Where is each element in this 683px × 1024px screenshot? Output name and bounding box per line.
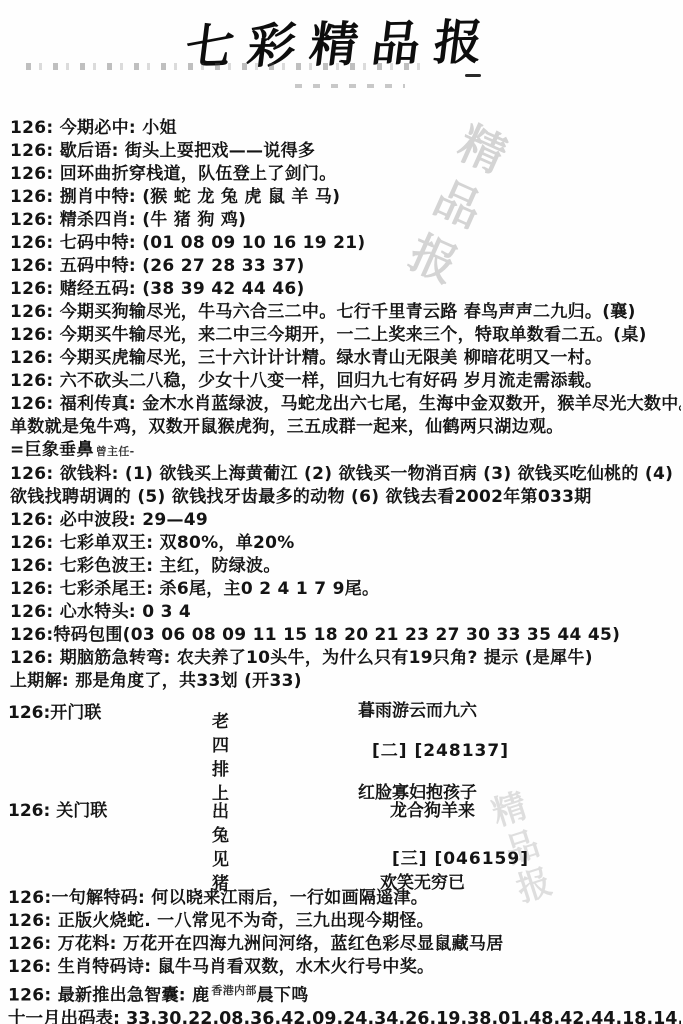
report-line: 126: 期脑筋急转弯: 农夫养了10头牛，为什么只有19只角? 提示 (是犀牛… bbox=[10, 647, 681, 670]
report-line: 126:一句解特码: 何以晓来江雨后，一行如画隔遥津。 bbox=[8, 887, 681, 910]
smart-lead: 126: 最新推出急智囊: 鹿 bbox=[8, 986, 209, 1006]
elephant-text: =巨象垂鼻 bbox=[10, 440, 94, 460]
report-line: 126: 正版火烧蛇. 一八常见不为奇，三九出现今期怪。 bbox=[8, 910, 681, 933]
smart-tail: 晨下鸣 bbox=[257, 986, 309, 1006]
report-line: 126: 万花料: 万花开在四海九洲问河络，蓝红色彩尽显鼠藏马居 bbox=[8, 933, 681, 956]
report-line: 126: 心水特头: 0 3 4 bbox=[10, 601, 681, 624]
close-couplet-code: [三] [046159] bbox=[392, 844, 529, 869]
top-section: 126: 今期必中: 小姐 126: 歇后语: 街头上耍把戏——说得多 126:… bbox=[10, 117, 681, 693]
report-line: 126: 回环曲折穿栈道，队伍登上了剑门。 bbox=[10, 163, 681, 186]
close-couplet-label: 126: 关门联 bbox=[8, 796, 107, 821]
report-line: 126: 今期买牛输尽光，来二中三今期开，一二上奖来三个，特取单数看二五。(桌) bbox=[10, 324, 681, 347]
smudge-line bbox=[26, 63, 426, 70]
report-line: 单数就是兔牛鸡，双数开鼠猴虎狗，三五成群一起来，仙鹤两只湖边观。 bbox=[10, 416, 681, 439]
open-couplet-line: 暮雨游云而九六 bbox=[358, 696, 477, 721]
report-line: 126: 捌肖中特: (猴 蛇 龙 兔 虎 鼠 羊 马) bbox=[10, 186, 681, 209]
bottom-section: 126:一句解特码: 何以晓来江雨后，一行如画隔遥津。 126: 正版火烧蛇. … bbox=[8, 887, 681, 1024]
report-line: 126: 歇后语: 街头上耍把戏——说得多 bbox=[10, 140, 681, 163]
report-line: 126: 福利传真: 金木水肖蓝绿波，马蛇龙出六七尾，生海中金双数开，猴羊尽光大… bbox=[10, 393, 681, 416]
report-line: 126: 赌经五码: (38 39 42 44 46) bbox=[10, 278, 681, 301]
report-line: 126: 生肖特码诗: 鼠牛马肖看双数，水木火行号中奖。 bbox=[8, 956, 681, 979]
report-line: 126: 必中波段: 29—49 bbox=[10, 509, 681, 532]
open-couplet-code: [二] [248137] bbox=[372, 736, 509, 761]
report-line: 126: 五码中特: (26 27 28 33 37) bbox=[10, 255, 681, 278]
report-page: 七彩精品报 精品报 精品报 126: 今期必中: 小姐 126: 歇后语: 街头… bbox=[0, 0, 683, 1024]
couplet-section: 126:开门联 暮雨游云而九六 老四排上 [二] [248137] 红脸寡妇抱孩… bbox=[0, 690, 683, 890]
smart-line: 126: 最新推出急智囊: 鹿香港内部晨下鸣 bbox=[8, 979, 681, 1008]
report-line: 126: 今期买虎输尽光，三十六计计计精。绿水青山无限美 柳暗花明又一村。 bbox=[10, 347, 681, 370]
report-line: 126: 七彩色波王: 主红，防绿波。 bbox=[10, 555, 681, 578]
open-couplet-vertical: 老四排上 bbox=[206, 712, 231, 812]
report-line: 126: 七彩单双王: 双80%，单20% bbox=[10, 532, 681, 555]
report-line: 126: 七码中特: (01 08 09 10 16 19 21) bbox=[10, 232, 681, 255]
close-couplet-line: 龙合狗羊来 bbox=[390, 796, 475, 821]
report-line: 126: 七彩杀尾王: 杀6尾，主0 2 4 1 7 9尾。 bbox=[10, 578, 681, 601]
report-line: 126: 精杀四肖: (牛 猪 狗 鸡) bbox=[10, 209, 681, 232]
report-line: 126: 今期必中: 小姐 bbox=[10, 117, 681, 140]
report-line: 126:特码包围(03 06 08 09 11 15 18 20 21 23 2… bbox=[10, 624, 681, 647]
elephant-line: =巨象垂鼻曾主任- bbox=[10, 439, 681, 463]
report-line: 欲钱找聘胡调的 (5) 欲钱找牙齿最多的动物 (6) 欲钱去看2002年第033… bbox=[10, 486, 681, 509]
smart-annotation: 香港内部 bbox=[211, 984, 256, 997]
report-line: 126: 欲钱料: (1) 欲钱买上海黄葡江 (2) 欲钱买一物消百病 (3) … bbox=[10, 463, 681, 486]
report-line: 126: 六不砍头二八稳，少女十八变一样，回归九七有好码 岁月流走需添载。 bbox=[10, 370, 681, 393]
open-couplet-label: 126:开门联 bbox=[8, 698, 101, 723]
month-code-table: 十一月出码表: 33.30.22.08.36.42.09.24.34.26.19… bbox=[8, 1008, 681, 1024]
dash-mark bbox=[465, 74, 481, 77]
elephant-annotation: 曾主任- bbox=[96, 445, 135, 458]
report-line: 126: 今期买狗输尽光，牛马六合三二中。七行千里青云路 春鸟声声二九归。(襄) bbox=[10, 301, 681, 324]
smudge-line-2 bbox=[295, 84, 405, 88]
